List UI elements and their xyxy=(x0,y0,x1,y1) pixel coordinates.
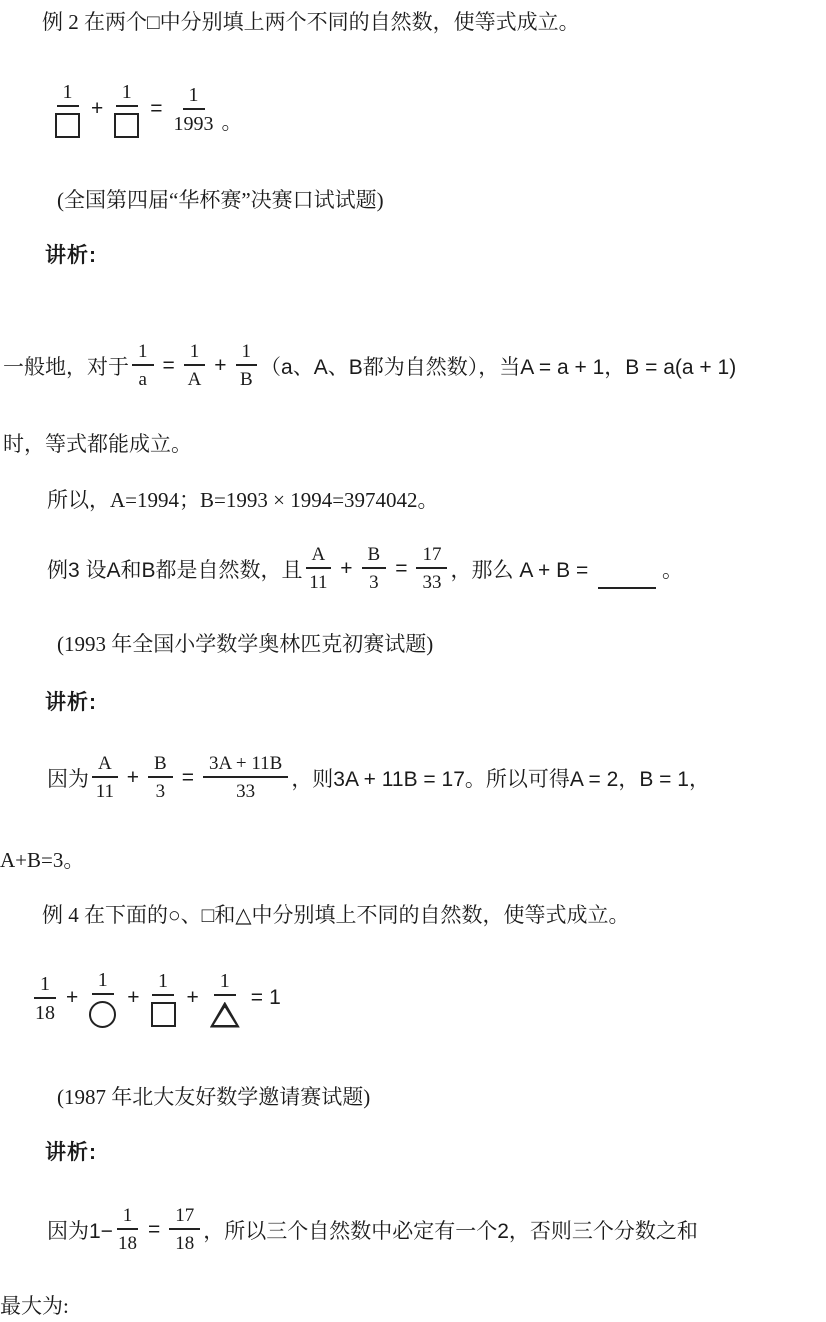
fraction: 1 xyxy=(208,969,242,1028)
fraction: A11 xyxy=(92,752,118,803)
math-operator: + xyxy=(127,986,139,1010)
fraction: B3 xyxy=(362,543,387,594)
triangle-placeholder-icon xyxy=(210,1002,240,1028)
fraction-numerator: 17 xyxy=(416,543,447,569)
fraction-numerator: 1 xyxy=(183,83,205,110)
text-run: 例 2 在两个□中分别填上两个不同的自然数，使等式成立。 xyxy=(42,10,580,34)
math-operator: = xyxy=(150,97,162,121)
text-run: ，那么 A + B = xyxy=(450,554,594,584)
fraction: 118 xyxy=(116,1204,139,1255)
fraction: 3A + 11B33 xyxy=(203,752,288,803)
text-run: 例 4 在下面的○、□和△中分别填上不同的自然数，使等式成立。 xyxy=(42,903,630,927)
fraction-denominator-shape xyxy=(112,107,141,138)
example2-equation: 1+1=11993。 xyxy=(50,80,243,138)
text-run: 因为 xyxy=(47,763,89,793)
fraction-denominator: A xyxy=(186,366,204,391)
fraction-denominator: 3 xyxy=(367,569,381,594)
analysis-heading-2: 讲析: xyxy=(45,690,97,716)
general-rule-line: 一般地，对于1a=1A+1B（a、A、B都为自然数），当A = a + 1，B … xyxy=(3,340,736,391)
fraction: 1 xyxy=(87,968,118,1028)
text-run: 例3 设A和B都是自然数，且 xyxy=(47,554,303,584)
text-run: 1 xyxy=(269,986,281,1010)
fraction-numerator: 1 xyxy=(236,340,258,366)
text-run: 因为1− xyxy=(47,1215,113,1245)
fraction-denominator: 18 xyxy=(33,999,57,1025)
text-run: A+B=3。 xyxy=(0,848,84,872)
fraction: 118 xyxy=(33,972,57,1025)
fraction-numerator: 1 xyxy=(57,80,79,107)
fraction: 1 xyxy=(112,80,141,138)
text-run: ，则3A + 11B = 17。所以可得A = 2，B = 1， xyxy=(291,763,710,793)
math-operator: + xyxy=(91,97,103,121)
fraction-numerator: B xyxy=(148,752,173,778)
text-run: 讲析: xyxy=(45,1141,97,1164)
text-run: 最大为: xyxy=(0,1294,69,1318)
example2-statement: 例 2 在两个□中分别填上两个不同的自然数，使等式成立。 xyxy=(42,8,580,36)
fraction: A11 xyxy=(306,543,332,594)
fraction-denominator: 18 xyxy=(116,1230,139,1255)
text-run: (1993 年全国小学数学奥林匹克初赛试题) xyxy=(57,632,433,656)
math-operator: + xyxy=(66,986,78,1010)
fraction-denominator: B xyxy=(238,366,255,391)
fraction-numerator: 1 xyxy=(184,340,206,366)
example4-source: (1987 年北大友好数学邀请赛试题) xyxy=(57,1083,370,1111)
fraction-numerator: 1 xyxy=(117,1204,139,1230)
fraction-denominator: 11 xyxy=(307,569,329,594)
fraction-numerator: 1 xyxy=(116,80,138,107)
general-rule-continuation: 时，等式都能成立。 xyxy=(3,430,192,458)
math-operator: + xyxy=(127,766,139,790)
math-operator: = xyxy=(148,1218,160,1242)
fraction-denominator: 3 xyxy=(154,778,168,803)
text-run: （a、A、B都为自然数），当A = a + 1，B = a(a + 1) xyxy=(260,351,736,381)
example3-answer: A+B=3。 xyxy=(0,846,84,874)
fraction-numerator: 1 xyxy=(92,968,114,995)
fraction-denominator-shape xyxy=(53,107,82,138)
fraction-numerator: 1 xyxy=(152,969,174,996)
text-run: 一般地，对于 xyxy=(3,351,129,381)
math-operator: = xyxy=(182,766,194,790)
text-run: (全国第四届“华杯赛”决赛口试试题) xyxy=(57,188,384,212)
fraction-denominator: 33 xyxy=(420,569,443,594)
fraction-numerator: B xyxy=(362,543,387,569)
math-operator: + xyxy=(340,557,352,581)
example4-analysis-continuation: 最大为: xyxy=(0,1292,69,1320)
fraction-numerator: A xyxy=(306,543,332,569)
square-placeholder-icon xyxy=(55,113,80,138)
math-operator: = xyxy=(163,354,175,378)
fraction: 1718 xyxy=(169,1204,200,1255)
fraction-numerator: 1 xyxy=(34,972,56,999)
example4-analysis: 因为1−118=1718，所以三个自然数中必定有一个2，否则三个分数之和 xyxy=(47,1204,698,1255)
text-run: 。 xyxy=(222,106,243,136)
example2-source: (全国第四届“华杯赛”决赛口试试题) xyxy=(57,186,384,214)
document-page: 例 2 在两个□中分别填上两个不同的自然数，使等式成立。1+1=11993。(全… xyxy=(0,0,826,1322)
fraction: 1733 xyxy=(416,543,447,594)
fraction-numerator: 3A + 11B xyxy=(203,752,288,778)
fraction-denominator: 1993 xyxy=(172,110,216,136)
math-operator: + xyxy=(214,354,226,378)
example3-analysis: 因为A11+B3=3A + 11B33，则3A + 11B = 17。所以可得A… xyxy=(47,752,710,803)
square-placeholder-icon xyxy=(151,1002,176,1027)
fraction-denominator: 33 xyxy=(234,778,257,803)
text-run: 所以，A=1994；B=1993 × 1994=3974042。 xyxy=(47,488,439,512)
text-run: ，所以三个自然数中必定有一个2，否则三个分数之和 xyxy=(203,1215,698,1245)
fraction: 1A xyxy=(184,340,206,391)
example4-statement: 例 4 在下面的○、□和△中分别填上不同的自然数，使等式成立。 xyxy=(42,901,630,929)
text-run: 。 xyxy=(662,554,683,584)
fraction-denominator-shape xyxy=(149,996,178,1027)
math-operator: = xyxy=(395,557,407,581)
fraction-denominator-shape xyxy=(208,996,242,1028)
example3-statement: 例3 设A和B都是自然数，且A11+B3=1733，那么 A + B = 。 xyxy=(47,543,683,594)
text-run: 时，等式都能成立。 xyxy=(3,432,192,456)
math-operator: + xyxy=(187,986,199,1010)
text-run: (1987 年北大友好数学邀请赛试题) xyxy=(57,1085,370,1109)
fraction-numerator: 1 xyxy=(214,969,236,996)
text-run: 讲析: xyxy=(45,691,97,714)
fraction-numerator: 17 xyxy=(169,1204,200,1230)
fraction: 1 xyxy=(53,80,82,138)
square-placeholder-icon xyxy=(114,113,139,138)
answer-blank-line xyxy=(598,577,656,589)
fraction-denominator: 18 xyxy=(173,1230,196,1255)
example2-answer: 所以，A=1994；B=1993 × 1994=3974042。 xyxy=(47,486,439,514)
fraction-numerator: A xyxy=(92,752,118,778)
fraction: 11993 xyxy=(172,83,216,136)
analysis-heading-1: 讲析: xyxy=(45,243,97,269)
fraction: 1B xyxy=(236,340,258,391)
fraction: B3 xyxy=(148,752,173,803)
circle-placeholder-icon xyxy=(89,1001,116,1028)
text-run: 讲析: xyxy=(45,244,97,267)
analysis-heading-3: 讲析: xyxy=(45,1140,97,1166)
fraction: 1 xyxy=(149,969,178,1027)
math-operator: = xyxy=(251,986,263,1010)
fraction-denominator: 11 xyxy=(94,778,116,803)
fraction: 1a xyxy=(132,340,154,391)
example4-equation: 118+1+1+1=1 xyxy=(30,968,281,1028)
fraction-denominator: a xyxy=(137,366,149,391)
example3-source: (1993 年全国小学数学奥林匹克初赛试题) xyxy=(57,630,433,658)
fraction-numerator: 1 xyxy=(132,340,154,366)
fraction-denominator-shape xyxy=(87,995,118,1028)
